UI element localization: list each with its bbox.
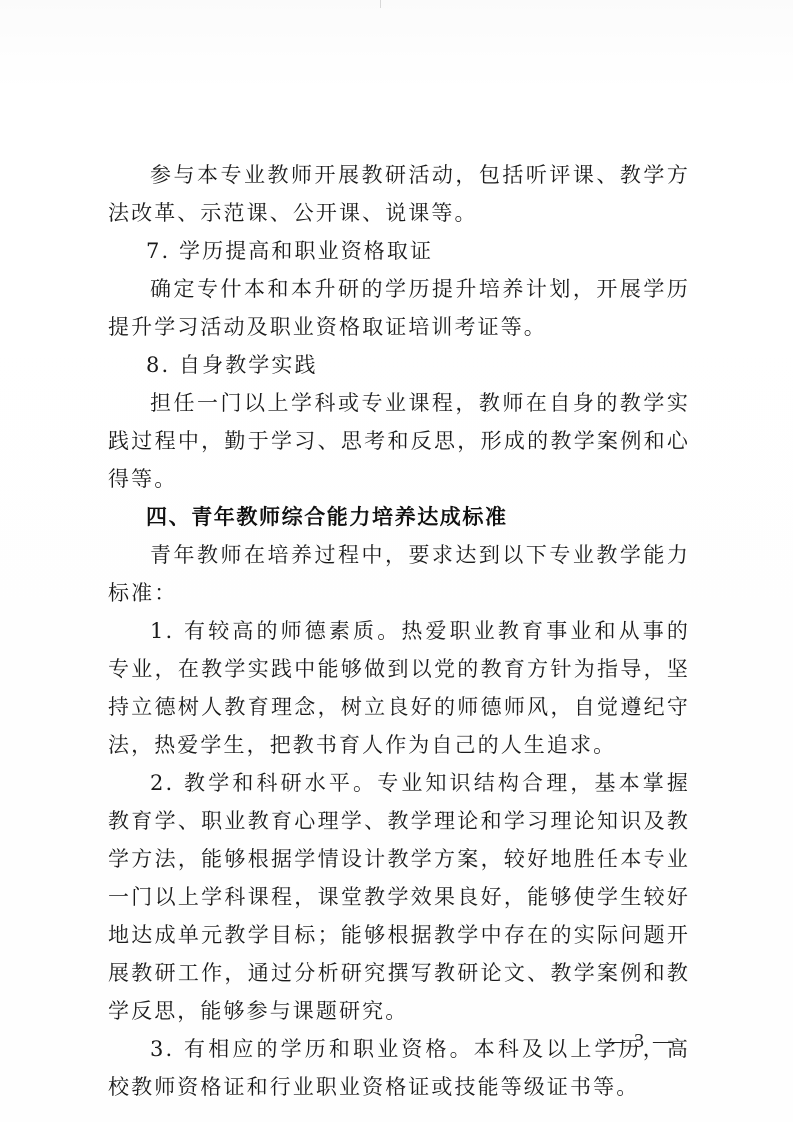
paragraph-teaching-research-activities: 参与本专业教师开展教研活动，包括听评课、教学方法改革、示范课、公开课、说课等。 <box>108 156 690 232</box>
paragraph-education-upgrade-plan: 确定专什本和本升研的学历提升培养计划，开展学历提升学习活动及职业资格取证培训考证… <box>108 270 690 346</box>
scan-artifact-mark <box>380 0 381 8</box>
item-title-7-education-qualification: 7. 学历提高和职业资格取证 <box>108 232 690 270</box>
paragraph-standard-2-teaching-research: 2. 教学和科研水平。专业知识结构合理，基本掌握教育学、职业教育心理学、教学理论… <box>108 764 690 1030</box>
document-body: 参与本专业教师开展教研活动，包括听评课、教学方法改革、示范课、公开课、说课等。 … <box>108 156 690 1106</box>
paragraph-standard-1-ethics: 1. 有较高的师德素质。热爱职业教育事业和从事的专业，在教学实践中能够做到以党的… <box>108 612 690 764</box>
paragraph-teaching-practice: 担任一门以上学科或专业课程，教师在自身的教学实践过程中，勤于学习、思考和反思，形… <box>108 384 690 498</box>
paragraph-standards-intro: 青年教师在培养过程中，要求达到以下专业教学能力标准： <box>108 536 690 612</box>
document-page: 参与本专业教师开展教研活动，包括听评课、教学方法改革、示范课、公开课、说课等。 … <box>0 0 793 1122</box>
item-title-8-teaching-practice: 8. 自身教学实践 <box>108 346 690 384</box>
page-number: — 3 — <box>600 1030 680 1053</box>
section-heading-4-standards: 四、青年教师综合能力培养达成标准 <box>108 498 690 536</box>
